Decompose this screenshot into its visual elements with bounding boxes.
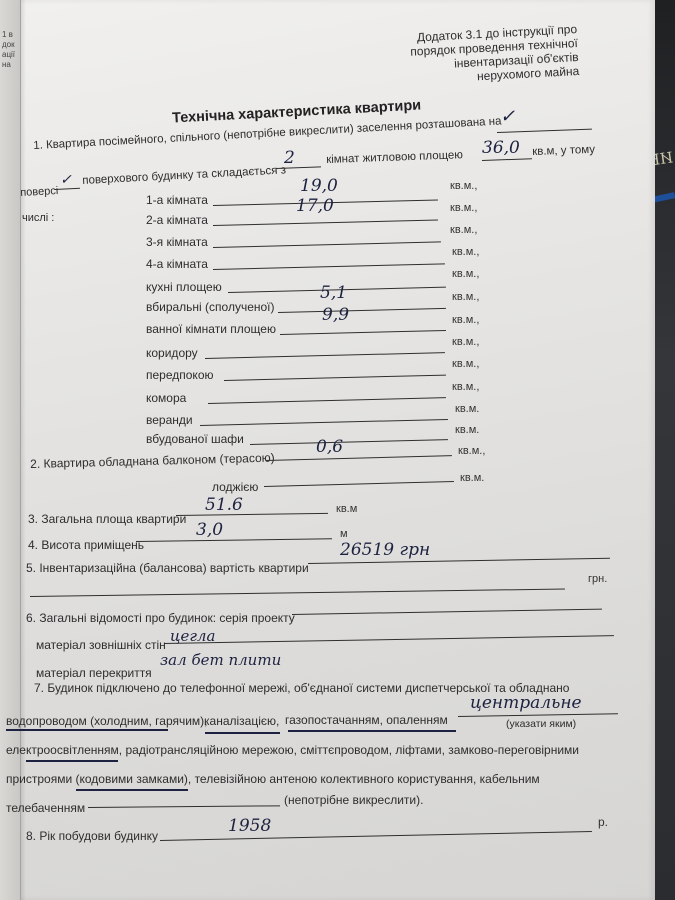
room-area-unit: кв.м., [450,180,477,192]
living-area-value: 36,0 [482,138,520,158]
utilities-line4: пристроями (кодовими замками), телевізій… [6,772,540,786]
heating-field[interactable] [458,713,618,717]
room-area-unit: кв.м., [450,224,477,236]
including-label: числі : [22,212,54,224]
room-label: 3-я кімната [146,235,208,249]
room-area-unit: кв.м., [452,336,479,348]
total-area-label: 3. Загальна площа квартири [28,512,186,526]
room-area-value: 17,0 [296,196,334,216]
room-label: 4-а кімната [146,257,208,271]
room-label: 2-а кімната [146,213,208,227]
floor-number-field[interactable] [55,188,80,190]
room-area-unit: кв.м. [455,424,479,436]
building-info-label: 6. Загальні відомості про будинок: серія… [26,611,295,625]
project-series-field[interactable] [292,609,602,615]
building-floors-label: поверхового будинку та складається з [82,164,286,187]
room-area-value: 19,0 [300,176,338,196]
gas-underline [288,730,456,732]
room-area-field[interactable] [224,375,446,381]
previous-page-text: 1 в док ації на [2,30,15,70]
inventory-value-field-2[interactable] [30,589,565,597]
gas-heating: газопостачанням, опаленням [285,713,448,727]
walls-value: цегла [170,627,215,645]
room-area-field[interactable] [208,397,446,404]
room-area-unit: кв.м., [452,268,479,280]
room-area-field[interactable] [280,330,446,335]
living-area-field[interactable] [482,158,532,161]
height-value: 3,0 [196,520,223,540]
heating-hint: (указати яким) [506,718,576,730]
build-year-value: 1958 [228,816,271,836]
inventory-value-label: 5. Інвентаризаційна (балансова) вартість… [26,561,309,575]
total-area-value: 51.6 [205,495,243,515]
room-area-value: 5,1 [320,283,347,303]
heating-value: центральне [470,693,582,713]
appendix-header: Додаток 3.1 до інструкції про порядок пр… [410,22,580,87]
floors-material-value: зал бет плити [160,651,281,669]
room-area-unit: кв.м., [450,202,477,214]
height-unit: м [340,528,348,540]
room-area-unit: кв.м., [452,381,479,393]
floor-value: ✓ [500,106,515,127]
walls-field[interactable] [164,635,614,644]
loggia-label: лоджією [212,480,258,494]
strike-note: (непотрібне викреслити). [284,793,423,807]
code-locks-underline [76,789,188,791]
balcony-label: 2. Квартира обладнана балконом (терасою) [30,451,275,471]
room-area-field[interactable] [213,220,438,226]
room-area-value: 9,9 [322,305,349,325]
build-year-field[interactable] [160,831,592,841]
previous-page-edge: 1 в док ації на [0,0,21,900]
room-area-field[interactable] [278,308,446,313]
room-area-unit: кв.м., [452,291,479,303]
room-label: вбиральні (сполученої) [146,300,275,314]
balcony-field[interactable] [266,455,452,461]
floor-field[interactable] [497,129,592,133]
rooms-count-field[interactable] [276,166,321,169]
cable-tv-label: телебаченням [6,801,85,815]
room-area-field[interactable] [200,419,448,426]
balcony-value: 0,6 [316,437,343,457]
walls-label: матеріал зовнішніх стін [36,638,166,652]
room-area-unit: кв.м., [452,246,479,258]
edge-line: на [2,60,15,70]
room-area-unit: кв.м., [452,314,479,326]
edge-line: ації [2,50,15,60]
room-label: веранди [146,413,193,427]
build-year-label: 8. Рік побудови будинку [26,829,158,843]
edge-line: 1 в [2,30,15,40]
electricity-underline [26,760,118,762]
inventory-value-unit: грн. [588,573,607,585]
edge-line: док [2,40,15,50]
balcony-unit: кв.м., [458,445,485,457]
rooms-count-value: 2 [284,148,295,168]
floors-material-label: матеріал перекриття [36,666,152,680]
sewerage: каналізацією, [204,714,279,728]
room-label: передпокою [146,368,214,382]
living-area-label: кімнат житловою площею [326,149,463,166]
total-area-unit: кв.м [336,503,357,515]
height-label: 4. Висота приміщень [28,538,144,552]
room-area-unit: кв.м., [452,358,479,370]
document-page: 1 в док ації на Додаток 3.1 до інструкці… [0,0,655,900]
sewerage-underline [205,732,280,734]
cable-tv-field[interactable] [88,805,280,808]
loggia-unit: кв.м. [460,472,484,484]
floor-label: поверсі [20,185,59,199]
room-label: 1-а кімната [146,193,208,207]
room-area-field[interactable] [213,263,445,270]
room-area-field[interactable] [213,241,441,248]
inventory-value: 26519 грн [340,540,430,560]
water-underline [6,729,168,731]
room-label: ванної кімнати площею [146,322,276,336]
build-year-unit: р. [598,815,608,829]
loggia-field[interactable] [264,481,454,487]
page-fold [20,0,26,900]
room-area-unit: кв.м. [455,403,479,415]
utilities-line3: електроосвітленням, радіотрансляційною м… [6,743,579,757]
total-area-field[interactable] [176,513,328,516]
room-area-field[interactable] [205,352,445,359]
room-label: кухні площею [146,280,222,294]
living-area-unit: кв.м, у тому [532,144,595,158]
floor-number-value: ✓ [60,172,72,188]
room-label: коридору [146,346,198,360]
room-label: комора [146,391,186,405]
height-field[interactable] [136,538,332,542]
water-supply: водопроводом (холодним, гарячим), [6,714,208,728]
room-area-field[interactable] [250,439,448,445]
room-label: вбудованої шафи [146,432,244,446]
